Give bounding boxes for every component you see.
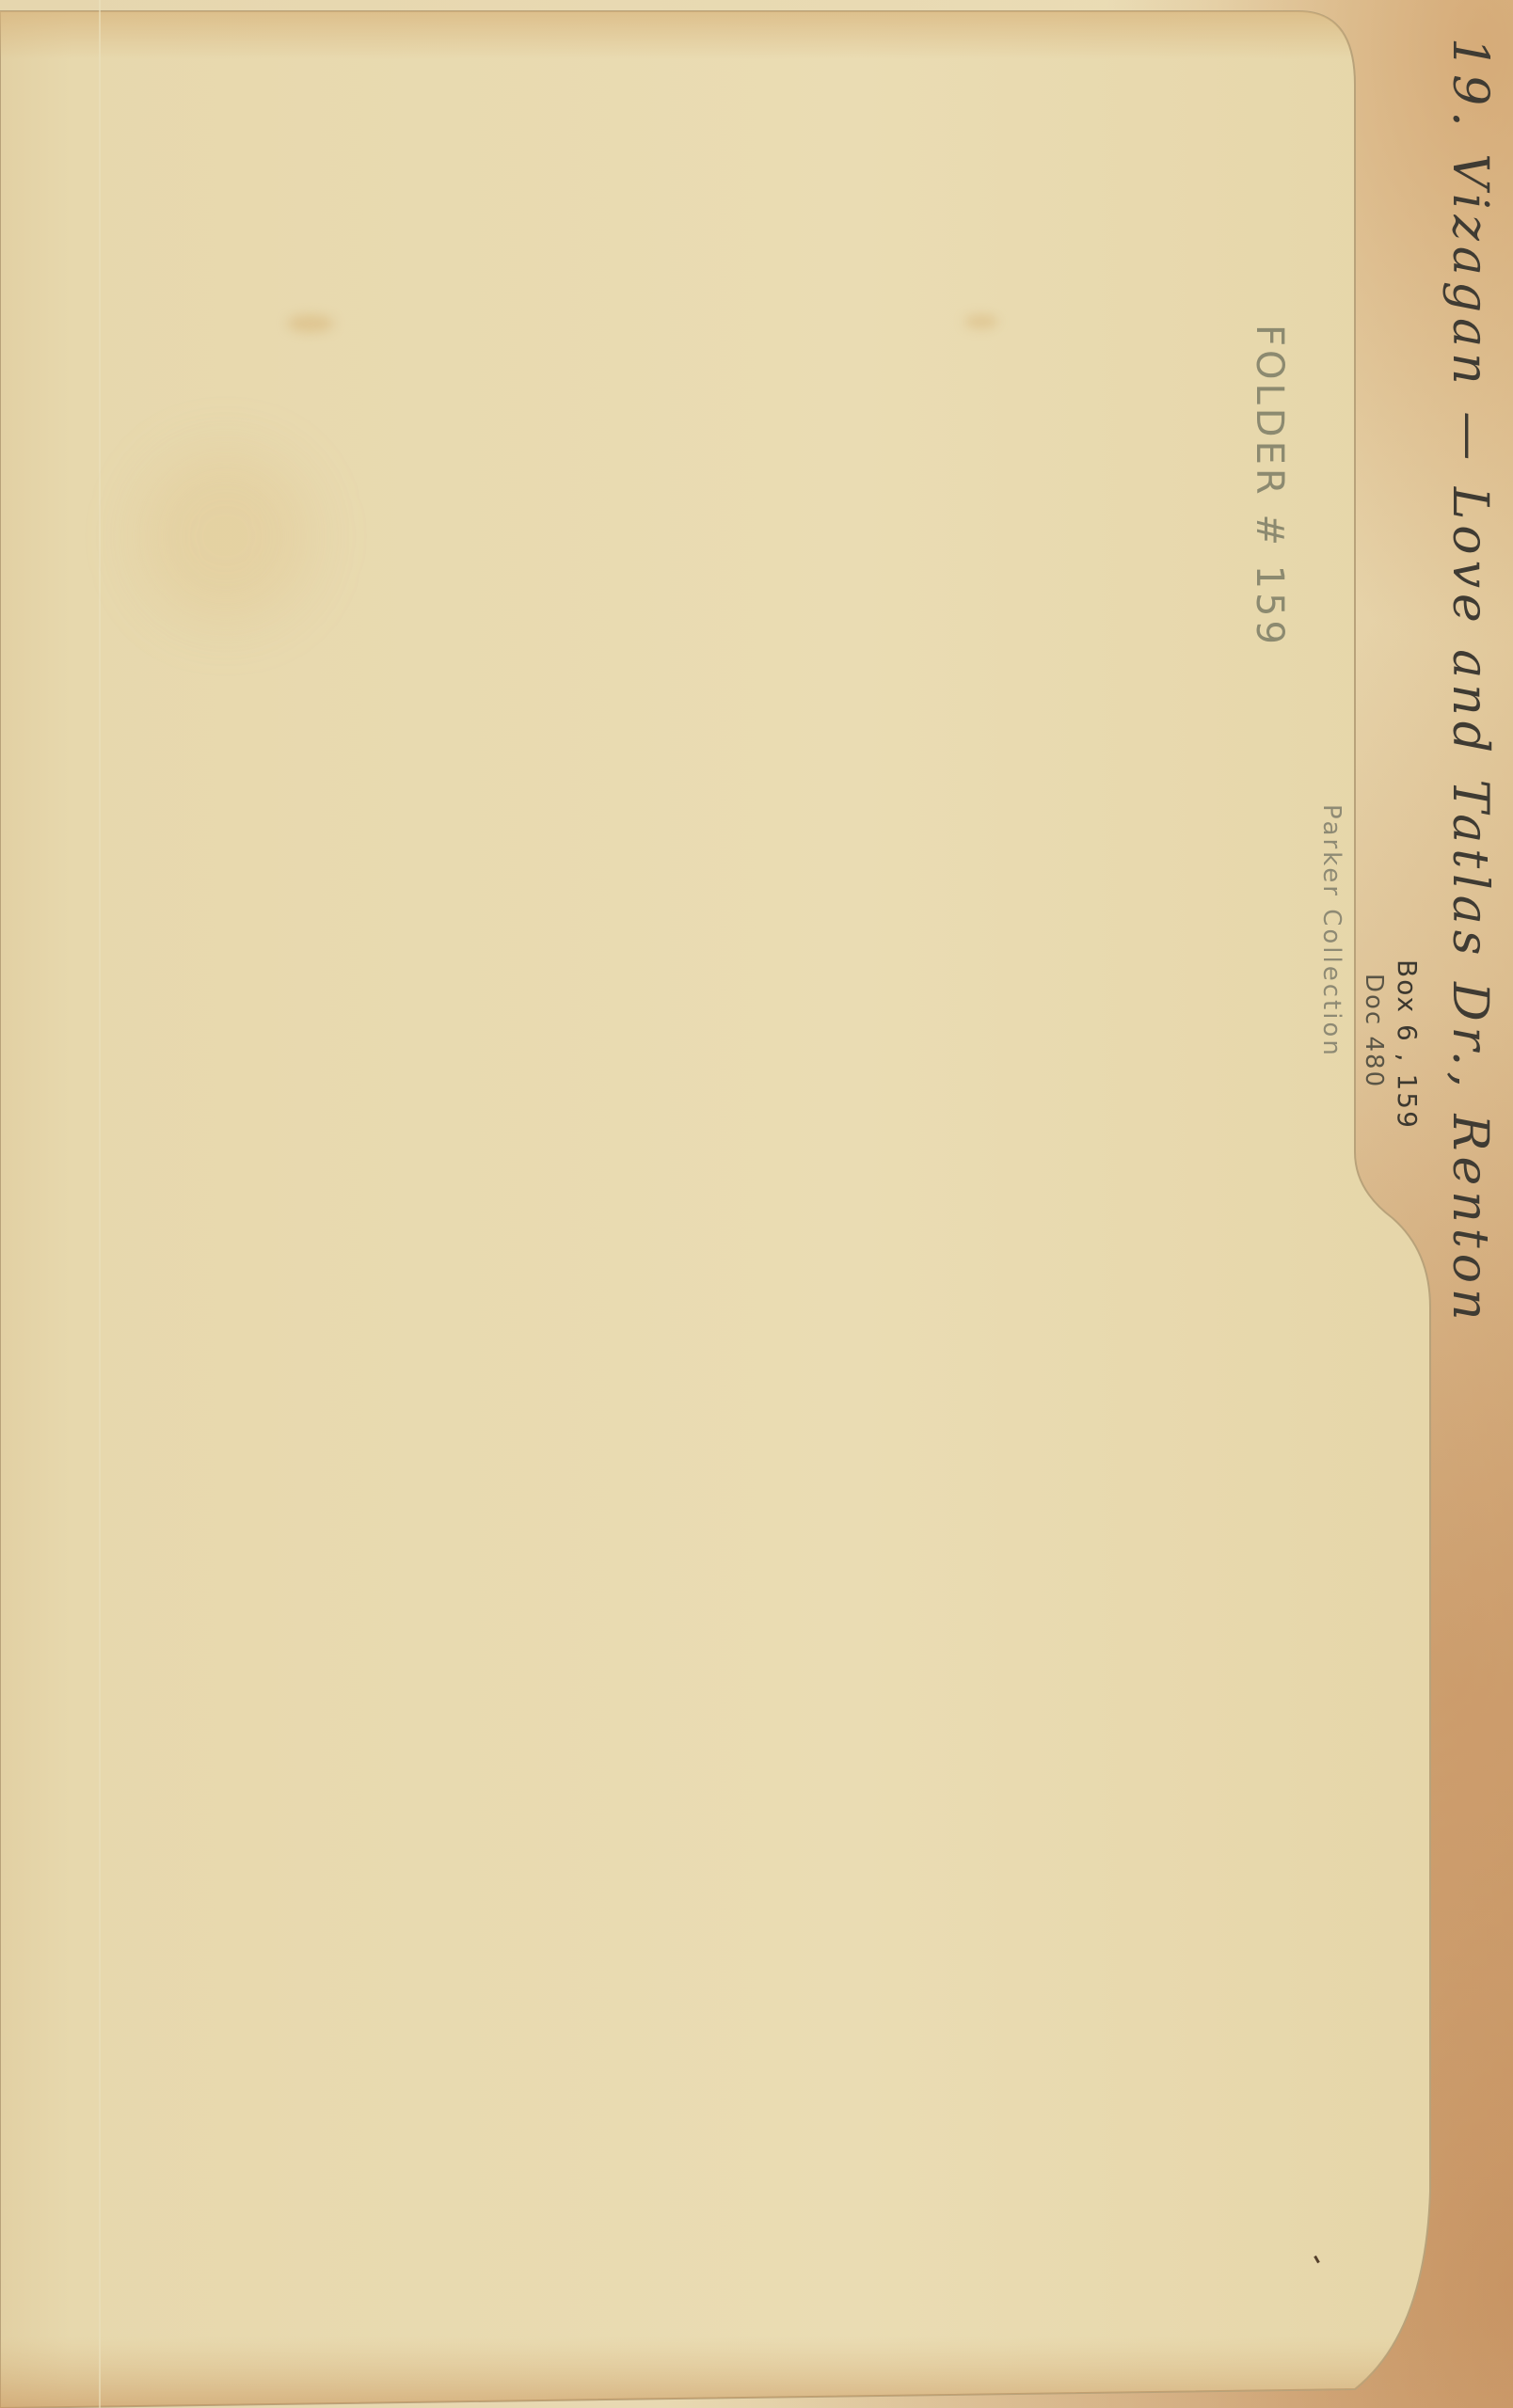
folder-number-label: FOLDER # 159 — [1248, 325, 1291, 648]
tab-title-handwriting: 19. Vizagan — Love and Tatlas Dr., Rento… — [1441, 38, 1498, 1325]
collection-label: Parker Collection — [1317, 804, 1346, 1058]
stain-mark — [964, 315, 998, 328]
stain-mark — [141, 451, 311, 621]
stain-mark — [287, 315, 334, 332]
box-label: Box 6 , 159 — [1392, 959, 1423, 1130]
folder-fold-line — [99, 0, 101, 2408]
doc-label: Doc 480 — [1360, 974, 1388, 1088]
